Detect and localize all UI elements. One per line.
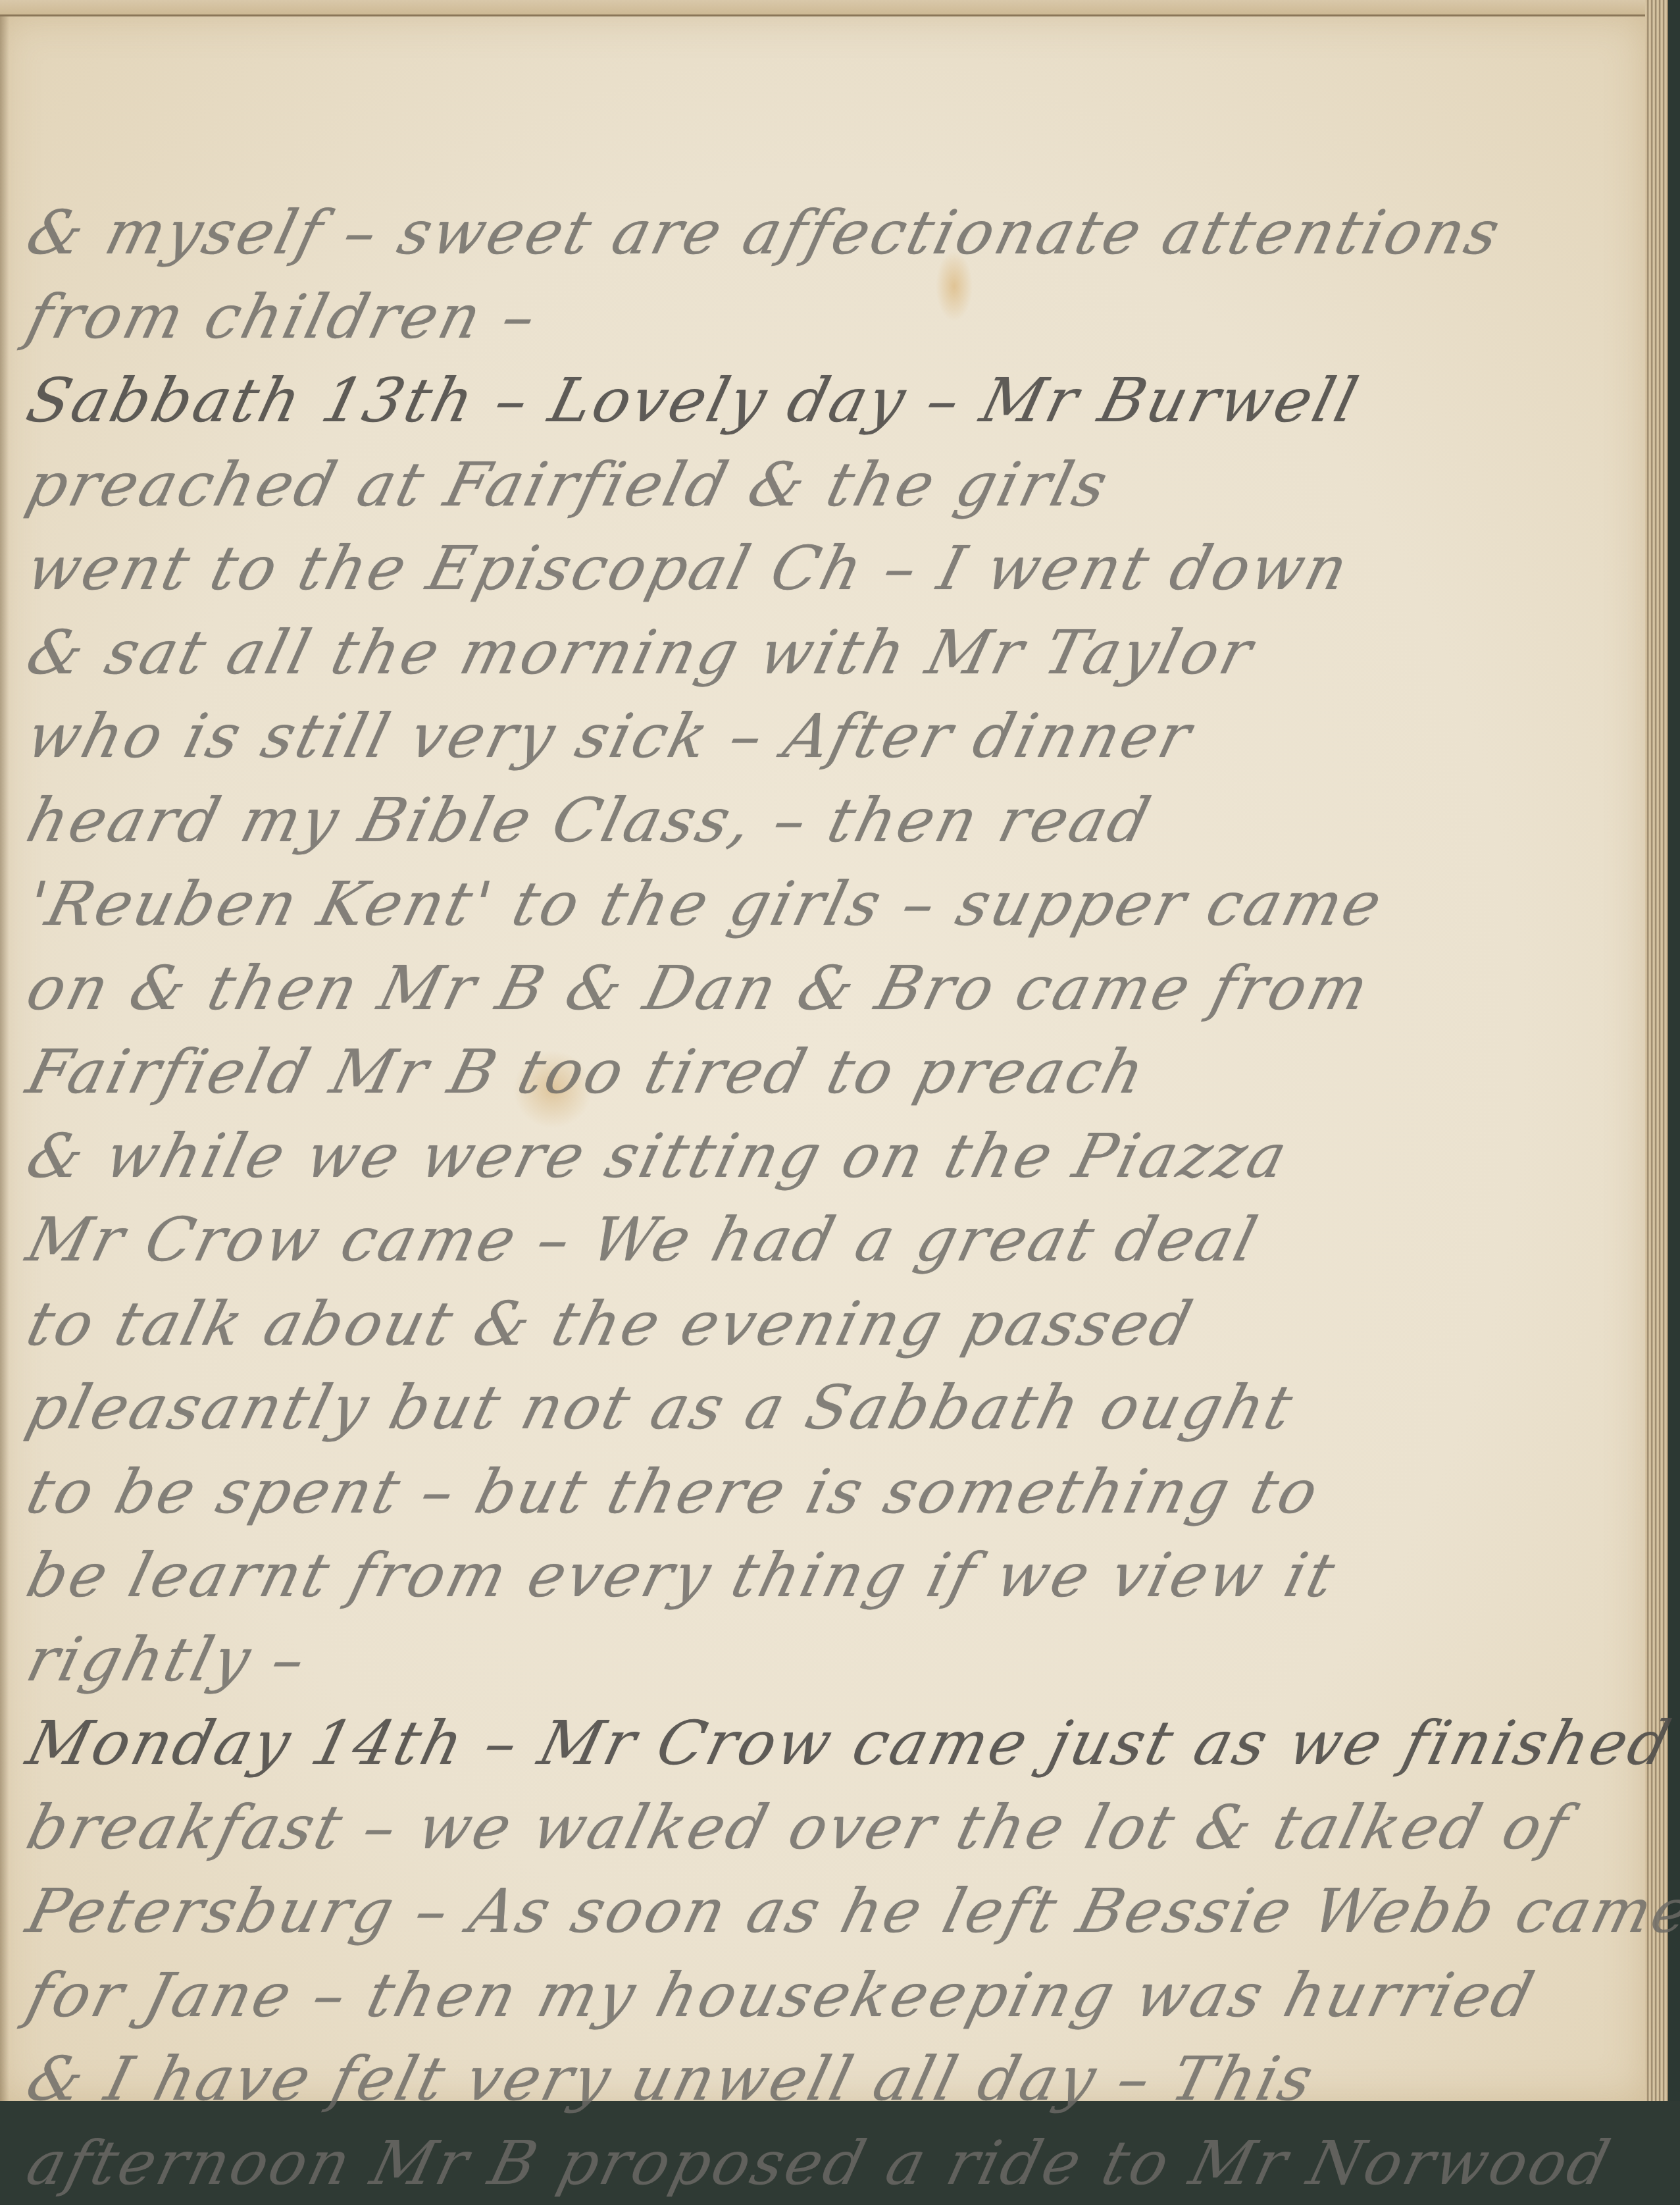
text-line: for Jane – then my housekeeping was hurr…	[18, 1954, 1645, 2038]
text-line: to talk about & the evening passed	[18, 1282, 1645, 1366]
text-line: from children –	[18, 275, 1645, 359]
text-line: & myself – sweet are affectionate attent…	[18, 191, 1645, 275]
binding-shadow	[0, 16, 9, 2101]
text-line: Fairfield Mr B too tired to preach	[18, 1030, 1645, 1114]
text-line: & while we were sitting on the Piazza	[18, 1114, 1645, 1199]
text-line: & sat all the morning with Mr Taylor	[18, 611, 1645, 695]
text-line: Petersburg – As soon as he left Bessie W…	[18, 1869, 1645, 1954]
text-line: 'Reuben Kent' to the girls – supper came	[18, 862, 1645, 947]
text-line: pleasantly but not as a Sabbath ought	[18, 1366, 1645, 1450]
text-line: preached at Fairfield & the girls	[18, 443, 1645, 527]
text-line: to be spent – but there is something to	[18, 1450, 1645, 1534]
text-line: on & then Mr B & Dan & Bro came from	[18, 947, 1645, 1031]
diary-page-scan: & myself – sweet are affectionate attent…	[0, 0, 1680, 2101]
entry-heading-monday: Monday 14th – Mr Crow came just as we fi…	[18, 1701, 1645, 1786]
text-line: who is still very sick – After dinner	[18, 694, 1645, 779]
page-top-edge	[0, 0, 1645, 16]
entry-heading-sabbath: Sabbath 13th – Lovely day – Mr Burwell	[18, 359, 1645, 443]
text-line: & I have felt very unwell all day – This	[18, 2037, 1645, 2101]
handwritten-text: & myself – sweet are affectionate attent…	[18, 191, 1624, 2101]
text-line: breakfast – we walked over the lot & tal…	[18, 1786, 1645, 1870]
book-cover-edge	[1668, 0, 1680, 2101]
text-line: rightly –	[18, 1618, 1645, 1702]
text-line: went to the Episcopal Ch – I went down	[18, 527, 1645, 611]
text-line: heard my Bible Class, – then read	[18, 779, 1645, 863]
text-line: be learnt from every thing if we view it	[18, 1534, 1645, 1618]
text-line: Mr Crow came – We had a great deal	[18, 1198, 1645, 1282]
